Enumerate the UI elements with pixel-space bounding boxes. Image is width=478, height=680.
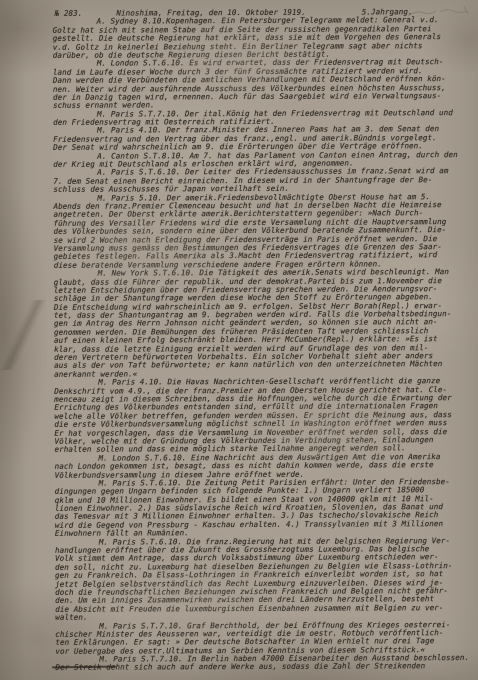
paragraph: A. Paris S.T.6.10. Der Leiter des Friede… [53,167,471,194]
paragraph: M. Paris 4.10. Der franz.Minister des In… [53,125,471,152]
text-line: Der Streik dehnt sich auch auf andere We… [55,662,473,672]
paragraph: M. London S.T.6.10. Es wird erwartet, da… [53,58,471,110]
document-body: A. Sydney 8.10.Kopenhagen. Ein Petersbur… [53,16,474,672]
pencil-marks [404,2,474,28]
paragraph: M. Paris S.T.6.10. Die franz.Regierung h… [55,537,473,623]
typewritten-sheet: № 283. Ninoshima, Freitag, den 10. Oktob… [0,0,478,673]
paragraph: M. Paris S.T.7.10. Graf Berchthold, der … [55,621,473,656]
paragraph: M. Paris 5.10. Der amerik.Friedensbevoll… [53,193,471,270]
scanned-document-page: № 283. Ninoshima, Freitag, den 10. Oktob… [0,0,478,680]
paragraph: M. Paris S.T.7.10. In Berlin haben 47000… [55,654,473,673]
paragraph: M. Paris 4.10. Die Havas Nachrichten-Ges… [54,377,472,454]
issue-number: № 283. [55,10,83,19]
paragraph: M. London S.T.6.10. Eine Nachricht aus d… [55,453,473,480]
paragraph: M. New York S.T.6.10. Die Tätigkeit des … [54,268,472,379]
paragraph: M. Paris S.T.6.10. Die Zeitung Petit Par… [55,478,473,539]
